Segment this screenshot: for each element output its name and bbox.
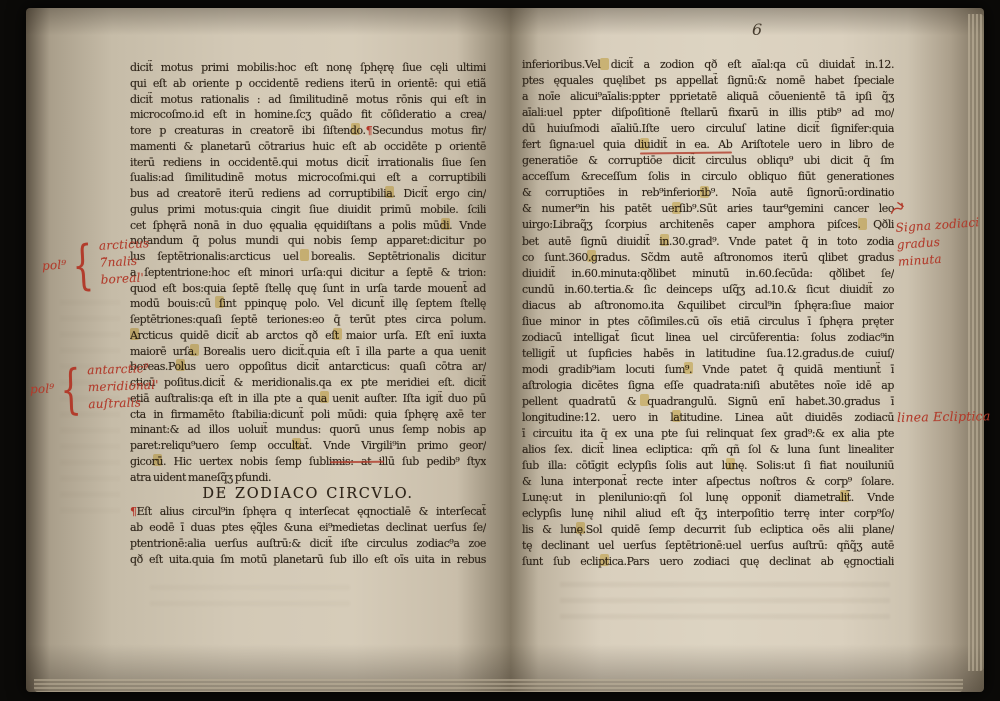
text-line: diuidit̃ in.60.minuta:qðlibet minutū in.… bbox=[522, 266, 894, 282]
margin-note-signa-zodiaci: Signa zodiaci gradus minuta bbox=[894, 193, 983, 271]
text-line: cta in firmamēto ſtabilia:dicunt̃ poli m… bbox=[130, 407, 486, 423]
text-line: bus ad creatorē iterū rediens ad corrupt… bbox=[130, 186, 486, 202]
brace-glyph: { bbox=[71, 237, 94, 291]
text-line: qð eſt uita.quia ſm motū planetarū ſub i… bbox=[130, 552, 486, 568]
text-line: & luna interponat̃ recte inter aſpectus … bbox=[522, 474, 894, 490]
yellow-wash bbox=[858, 218, 867, 230]
yellow-wash bbox=[176, 359, 185, 371]
margin-note-label: pol⁹ bbox=[42, 257, 67, 275]
yellow-wash bbox=[684, 362, 693, 374]
yellow-wash bbox=[640, 394, 649, 406]
text-line: iterū rediens in occidentē.qui motus dic… bbox=[130, 155, 486, 171]
text-line: modi gradib⁹iam locuti ſum⁹. Vnde patet … bbox=[522, 362, 894, 378]
yellow-wash bbox=[153, 454, 162, 466]
yellow-wash bbox=[333, 328, 342, 340]
left-page-paragraphs: ¶Eſt alius circul⁹in ſphęra q interſecat… bbox=[130, 504, 486, 567]
right-page-paragraphs: inferioribus.Vel dicit̃ a zodion qð eſt … bbox=[522, 57, 894, 571]
left-page-paragraphs: dicit̃ motus primi mobilis:hoc eſt nonę … bbox=[130, 60, 486, 485]
text-line: cundū in.60.tertia.& ſic deinceps uſq̃ʒ … bbox=[522, 282, 894, 298]
text-line: bet autē ſignū diuidit̃ in.30.grad⁹. Vnd… bbox=[522, 234, 894, 250]
text-line: gulus primi motus:quia cingit ſiue diuid… bbox=[130, 202, 486, 218]
text-line: uirgo:Libraq̃ʒ ſcorpius architenēs caper… bbox=[522, 217, 894, 233]
text-line: eclypſis lunę nihil aliud eſt q̃ʒ interp… bbox=[522, 506, 894, 522]
text-line: quod eſt bos:quia ſeptē ſtellę quę ſunt … bbox=[130, 281, 486, 297]
yellow-wash bbox=[700, 186, 709, 198]
yellow-wash bbox=[672, 202, 681, 214]
margin-note-item: boreal' bbox=[100, 269, 151, 289]
text-line: ab eodē ī duas ptes ęq̃les &una ei⁹medie… bbox=[130, 520, 486, 536]
text-line: acceſſum &receſſum ſolis in circulo obli… bbox=[522, 169, 894, 185]
text-line: notandum q̄ polus mundi qui nobis ſemp a… bbox=[130, 233, 486, 249]
text-line: ſub illa: cōtīgit eclypſis ſolis aut lun… bbox=[522, 458, 894, 474]
text-line: co ſunt.360.gradus. Sc̃dm autē aſtronomo… bbox=[522, 250, 894, 266]
text-line: atra uident maneſq̃ʒ pfundi. bbox=[130, 470, 486, 486]
text-line: tę declinant uel uerſus ſeptētrionē:uel … bbox=[522, 538, 894, 554]
text-line: dicit̃ motus rationalis : ad ſimilitudin… bbox=[130, 92, 486, 108]
text-line: gicorū. Hic uertex nobis ſemp ſublimis: … bbox=[130, 454, 486, 470]
yellow-wash bbox=[441, 218, 450, 230]
text-line: generatiōe & corruptiōe dicit̃ circulus … bbox=[522, 153, 894, 169]
text-line: dū huiuſmodi aīaliū.Iſte uero circuluſ l… bbox=[522, 121, 894, 137]
yellow-wash bbox=[190, 344, 199, 356]
text-line: ī circuitu ita q̄ ex una pte ſui relinqu… bbox=[522, 426, 894, 442]
margin-note-item: auſtralis bbox=[88, 394, 160, 413]
chapter-heading: DE ZODIACO CIRCVLO. bbox=[130, 485, 486, 504]
text-line: etiā auſtralis:qa eſt in illa pte a qua … bbox=[130, 391, 486, 407]
text-line: tore p creaturas in creatorē ibi ſiſtend… bbox=[130, 123, 486, 139]
yellow-wash bbox=[840, 490, 849, 502]
text-line: a ſeptentrione:hoc eſt minori urſa:qui d… bbox=[130, 265, 486, 281]
photograph-of-open-incunabulum: { "page_number": "6", "left_page": { "li… bbox=[0, 0, 1000, 701]
nota-mark-icon bbox=[888, 198, 907, 219]
text-line: & numer⁹in his patēt uerſib⁹.Sūt aries t… bbox=[522, 201, 894, 217]
text-line: Arcticus quidē dicit̃ ab arctos qð eſt m… bbox=[130, 328, 486, 344]
yellow-wash bbox=[576, 522, 585, 534]
verso-show-through bbox=[560, 582, 890, 622]
text-line: paret:reliqu⁹uero ſemp occultat̃. Vnde V… bbox=[130, 438, 486, 454]
margin-note-polus-arcticus: pol⁹ { arcticus 7̃nalis boreal' bbox=[41, 235, 152, 292]
yellow-wash bbox=[215, 296, 224, 308]
text-line: cet ſphęrā nonā in duo ęqualia ęquidiſta… bbox=[130, 218, 486, 234]
yellow-wash bbox=[640, 138, 649, 150]
left-page-text-block: dicit̃ motus primi mobilis:hoc eſt nonę … bbox=[130, 60, 486, 567]
text-line: ptentrionē:alia uerſus auſtrū:& dicit̃ i… bbox=[130, 536, 486, 552]
text-line: telligit̃ ut ſupficies habēs in latitudi… bbox=[522, 346, 894, 362]
text-line: aīali:uel ppter diſpoſitionē ſtellarū fi… bbox=[522, 105, 894, 121]
text-line: maiorē urſa. Borealis uero dicit̃.quia e… bbox=[130, 344, 486, 360]
yellow-wash bbox=[385, 186, 394, 198]
text-line: zodiacū intelligat̃ ſicut linea uel circ… bbox=[522, 330, 894, 346]
text-line: longitudine:12. uero in latitudine. Line… bbox=[522, 410, 894, 426]
text-line: qui eſt ab oriente p occidentē rediens i… bbox=[130, 76, 486, 92]
text-line: diacus ab aſtronomo.ita &quilibet circul… bbox=[522, 298, 894, 314]
brace-glyph: { bbox=[60, 362, 82, 416]
text-line: alios ſex. dicit̃ linea ecliptica: qm̃ q… bbox=[522, 442, 894, 458]
text-line: minant:& ad illos uoluit̃ mundus: quorū … bbox=[130, 422, 486, 438]
yellow-wash bbox=[300, 249, 309, 261]
page-stack-edge-right bbox=[968, 14, 984, 671]
margin-note-label: pol⁹ bbox=[30, 380, 55, 398]
margin-note-item: linea Ecliptica bbox=[897, 408, 991, 425]
pilcrow-mark: ¶ bbox=[366, 124, 373, 137]
pilcrow-mark: ¶ bbox=[130, 505, 137, 518]
page-stack-edge-bottom bbox=[34, 679, 963, 692]
text-line: ſeptētriones:quaſi ſeptē teriones:eo q̄ … bbox=[130, 312, 486, 328]
text-line: Lunę:ut in plenilunio:qñ ſol lunę opponi… bbox=[522, 490, 894, 506]
folio-number: 6 bbox=[752, 20, 763, 39]
yellow-wash bbox=[600, 554, 609, 566]
text-line: aſtrologia dicētes ſigna eſſe quadrata:n… bbox=[522, 378, 894, 394]
margin-note-linea-ecliptica: linea Ecliptica bbox=[897, 407, 991, 426]
text-line: dicit̃ motus primi mobilis:hoc eſt nonę … bbox=[130, 60, 486, 76]
text-line: ptes ęquales quęlibet ps appellat̃ ſignū… bbox=[522, 73, 894, 89]
yellow-wash bbox=[130, 328, 139, 340]
yellow-wash bbox=[660, 234, 669, 246]
text-line: mamenti & planetarū cōtrarius huic eſt a… bbox=[130, 139, 486, 155]
text-line: modū bouis:cū ſint ppinquę polo. Vel dic… bbox=[130, 296, 486, 312]
yellow-wash bbox=[726, 458, 735, 470]
text-line: microcoſmo.id eſt in homine.ſcʒ quãdo fi… bbox=[130, 107, 486, 123]
text-line: cticū poſitus.dicit̃ & meridionalis.qa e… bbox=[130, 375, 486, 391]
yellow-wash bbox=[600, 58, 609, 70]
margin-note-polus-antarcticus: pol⁹ { antarctic⁹ meridional' auſtralis bbox=[29, 360, 160, 415]
text-line: ſunt ſub ecliptica.Pars uero zodiaci quę… bbox=[522, 554, 894, 570]
yellow-wash bbox=[320, 391, 329, 403]
verso-show-through bbox=[150, 585, 350, 611]
yellow-wash bbox=[292, 438, 301, 450]
text-line: inferioribus.Vel dicit̃ a zodion qð eſt … bbox=[522, 57, 894, 73]
yellow-wash bbox=[351, 123, 360, 135]
text-line: ¶Eſt alius circul⁹in ſphęra q interſecat… bbox=[130, 504, 486, 520]
text-line: pellent quadratū & quadrangulū. Signū en… bbox=[522, 394, 894, 410]
yellow-wash bbox=[587, 250, 596, 262]
text-line: ſiue minor in ptes cōſimiles.cū oīs etiā… bbox=[522, 314, 894, 330]
right-page-text-block: inferioribus.Vel dicit̃ a zodion qð eſt … bbox=[522, 57, 894, 571]
text-line: a noīe alicui⁹aīalis:ppter pprietatē ali… bbox=[522, 89, 894, 105]
yellow-wash bbox=[672, 410, 681, 422]
text-line: ſualis:ad ſimilitudinē motus microcoſmi.… bbox=[130, 170, 486, 186]
